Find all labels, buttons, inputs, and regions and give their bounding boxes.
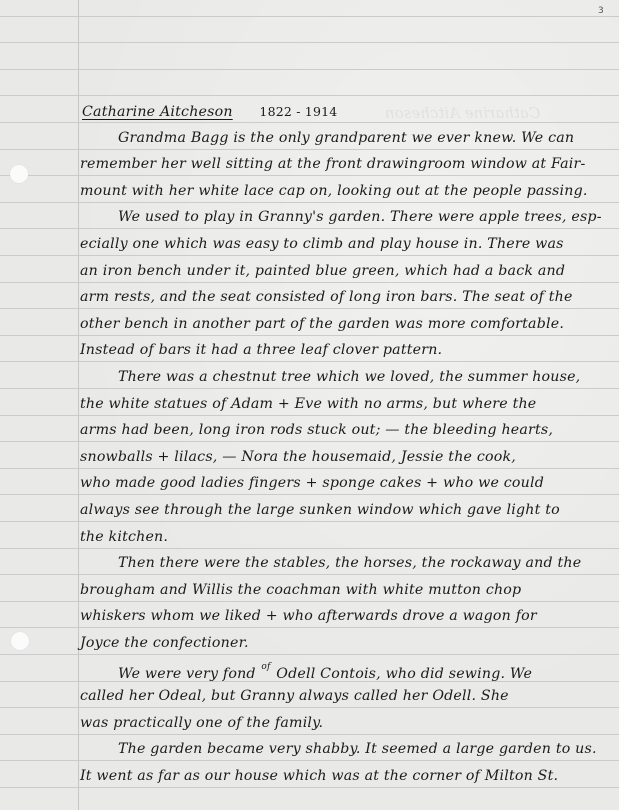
ruled-line [0,95,619,96]
text-line: who made good ladies fingers + sponge ca… [80,475,615,491]
ruled-line [0,468,619,469]
text-line: There was a chestnut tree which we loved… [118,369,615,385]
text-line: called her Odeal, but Granny always call… [80,688,615,704]
text-line: Instead of bars it had a three leaf clov… [80,342,615,358]
ruled-line [0,282,619,283]
text-line: We used to play in Granny's garden. Ther… [118,209,615,225]
ruled-line [0,69,619,70]
ruled-line [0,521,619,522]
ruled-line [0,494,619,495]
ruled-line [0,787,619,788]
text-line: was practically one of the family. [80,715,615,731]
ruled-line [0,388,619,389]
inserted-word: of [261,662,270,672]
title-dates: 1822 - 1914 [259,104,337,119]
text-line: other bench in another part of the garde… [80,316,615,332]
page-number: 3 [598,6,604,16]
ruled-line [0,441,619,442]
ruled-line [0,760,619,761]
ruled-line [0,175,619,176]
text-line: mount with her white lace cap on, lookin… [80,183,615,199]
ruled-line [0,734,619,735]
text-line: ecially one which was easy to climb and … [80,236,615,252]
text-line: snowballs + lilacs, — Nora the housemaid… [80,449,615,465]
ruled-line [0,627,619,628]
ruled-line [0,149,619,150]
ruled-line [0,654,619,655]
page-title: Catharine Aitcheson 1822 - 1914 [82,104,615,120]
ruled-line [0,335,619,336]
ruled-line [0,228,619,229]
title-name: Catharine Aitcheson [82,104,233,120]
ruled-line [0,574,619,575]
text-line: arm rests, and the seat consisted of lon… [80,289,615,305]
text-line: It went as far as our house which was at… [80,768,615,784]
text-line: Then there were the stables, the horses,… [118,555,615,571]
handwritten-page: Catharine Aitcheson 3 Catharine Aitcheso… [0,0,619,810]
ruled-line [0,548,619,549]
ruled-line [0,361,619,362]
ruled-line [0,255,619,256]
text-line: an iron bench under it, painted blue gre… [80,263,615,279]
ruled-line [0,122,619,123]
text-line: always see through the large sunken wind… [80,502,615,518]
ruled-line [0,308,619,309]
ruled-line [0,707,619,708]
ruled-line [0,42,619,43]
text-line: Joyce the confectioner. [80,635,615,651]
text-line: remember her well sitting at the front d… [80,156,615,172]
text-line: the kitchen. [80,529,615,545]
text-line: Grandma Bagg is the only grandparent we … [118,130,615,146]
punch-hole-bottom [11,632,29,650]
punch-hole-top [10,165,28,183]
ruled-line [0,415,619,416]
margin-line [78,0,79,810]
ruled-line [0,202,619,203]
text-line: arms had been, long iron rods stuck out;… [80,422,615,438]
ruled-line [0,16,619,17]
ruled-line [0,601,619,602]
text-line: whiskers whom we liked + who afterwards … [80,608,615,624]
text-line: We were very fond of Odell Contois, who … [118,662,615,682]
text-line: the white statues of Adam + Eve with no … [80,396,615,412]
text-line: The garden became very shabby. It seemed… [118,741,615,757]
text-line: brougham and Willis the coachman with wh… [80,582,615,598]
